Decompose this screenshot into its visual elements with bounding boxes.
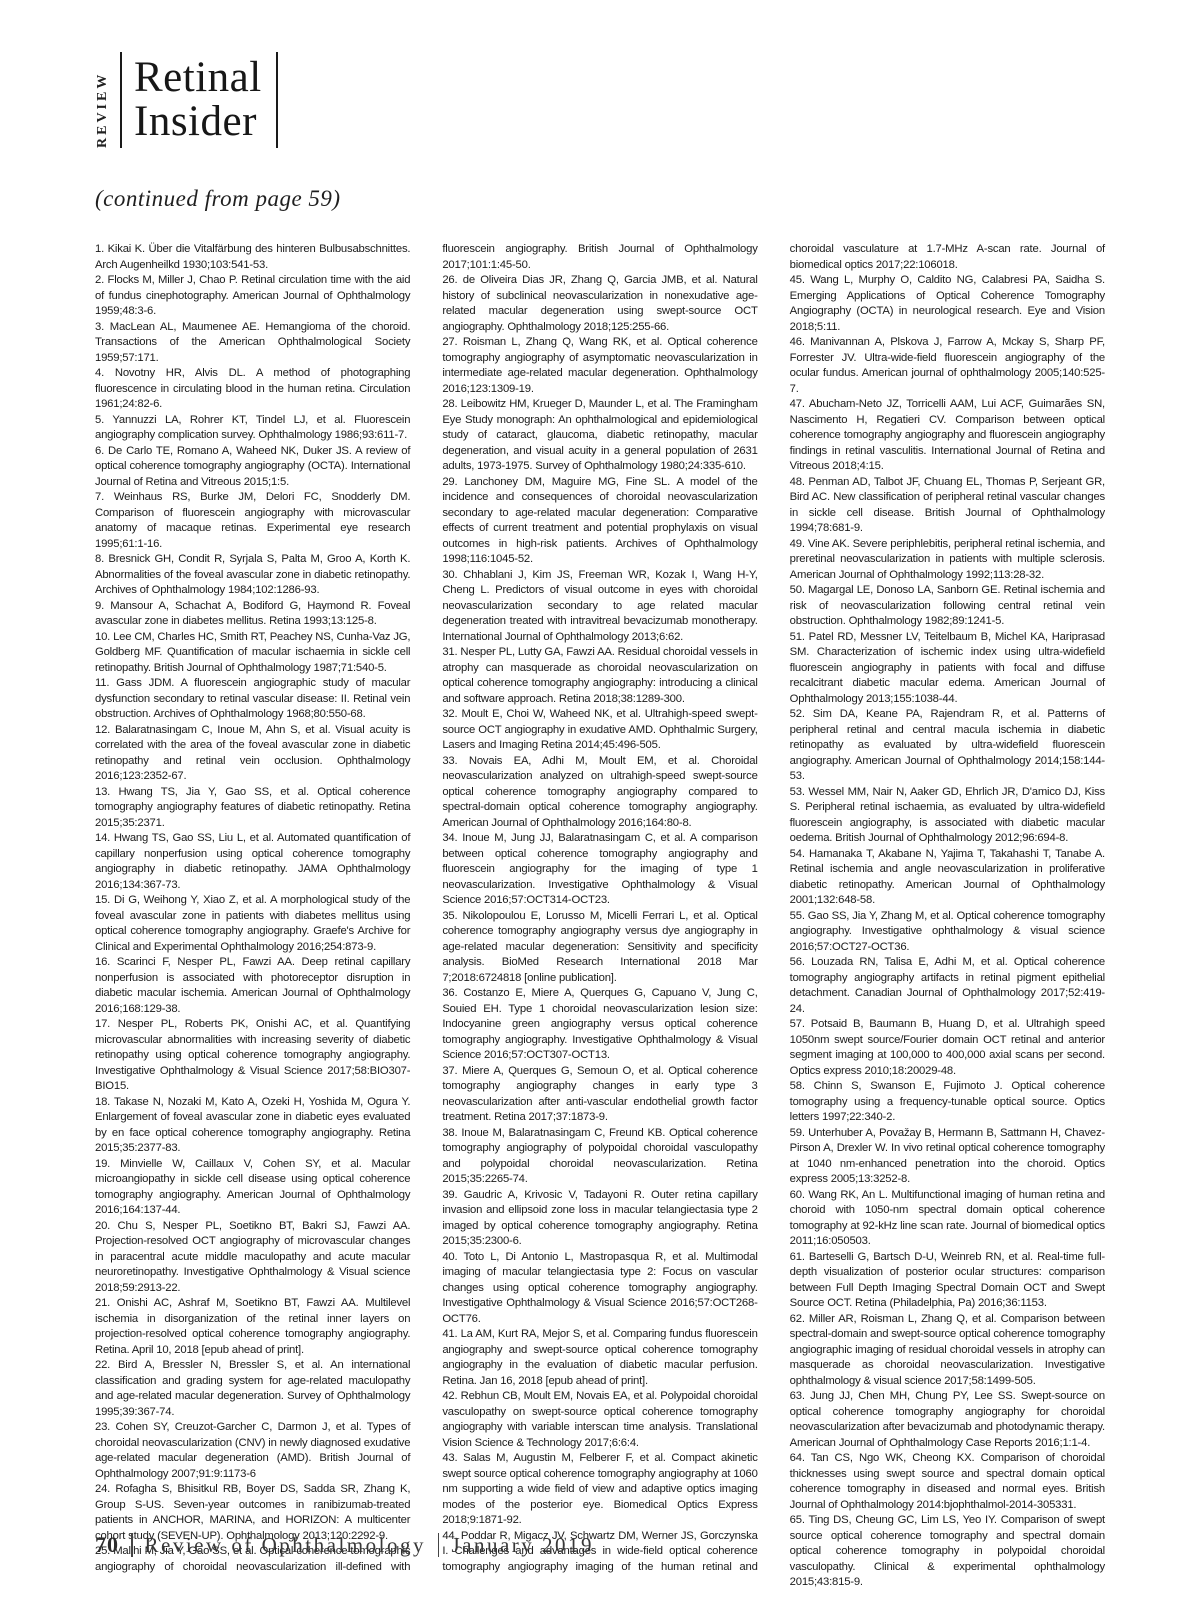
reference-item: 50. Magargal LE, Donoso LA, Sanborn GE. … — [790, 583, 1105, 630]
reference-item: 55. Gao SS, Jia Y, Zhang M, et al. Optic… — [790, 909, 1105, 956]
reference-item: 46. Manivannan A, Plskova J, Farrow A, M… — [790, 335, 1105, 397]
reference-item: 36. Costanzo E, Miere A, Querques G, Cap… — [442, 986, 757, 1064]
reference-item: 2. Flocks M, Miller J, Chao P. Retinal c… — [95, 273, 410, 320]
masthead-right-rule — [276, 52, 278, 148]
reference-item: 43. Salas M, Augustin M, Felberer F, et … — [442, 1451, 757, 1529]
reference-item: 18. Takase N, Nozaki M, Kato A, Ozeki H,… — [95, 1095, 410, 1157]
reference-item: 38. Inoue M, Balaratnasingam C, Freund K… — [442, 1126, 757, 1188]
reference-item: 31. Nesper PL, Lutty GA, Fawzi AA. Resid… — [442, 645, 757, 707]
references-list: 1. Kikai K. Über die Vitalfärbung des hi… — [95, 242, 1105, 1591]
reference-item: 60. Wang RK, An L. Multifunctional imagi… — [790, 1188, 1105, 1250]
reference-item: 21. Onishi AC, Ashraf M, Soetikno BT, Fa… — [95, 1296, 410, 1358]
masthead-title-line2: Insider — [134, 100, 262, 144]
reference-item: 35. Nikolopoulou E, Lorusso M, Micelli F… — [442, 909, 757, 987]
reference-item: 4. Novotny HR, Alvis DL. A method of pho… — [95, 366, 410, 413]
reference-item: 10. Lee CM, Charles HC, Smith RT, Peache… — [95, 630, 410, 677]
reference-item: 7. Weinhaus RS, Burke JM, Delori FC, Sno… — [95, 490, 410, 552]
reference-item: 49. Vine AK. Severe periphlebitis, perip… — [790, 537, 1105, 584]
masthead-title: Retinal Insider — [122, 52, 276, 148]
reference-item: 40. Toto L, Di Antonio L, Mastropasqua R… — [442, 1250, 757, 1328]
footer-divider — [438, 1533, 440, 1557]
reference-item: 32. Moult E, Choi W, Waheed NK, et al. U… — [442, 707, 757, 754]
reference-item: 29. Lanchoney DM, Maguire MG, Fine SL. A… — [442, 475, 757, 568]
reference-item: 51. Patel RD, Messner LV, Teitelbaum B, … — [790, 630, 1105, 708]
reference-item: 56. Louzada RN, Talisa E, Adhi M, et al.… — [790, 955, 1105, 1017]
reference-item: 14. Hwang TS, Gao SS, Liu L, et al. Auto… — [95, 831, 410, 893]
reference-item: 15. Di G, Weihong Y, Xiao Z, et al. A mo… — [95, 893, 410, 955]
reference-item: 54. Hamanaka T, Akabane N, Yajima T, Tak… — [790, 847, 1105, 909]
reference-item: 3. MacLean AL, Maumenee AE. Hemangioma o… — [95, 320, 410, 367]
reference-item: 9. Mansour A, Schachat A, Bodiford G, Ha… — [95, 599, 410, 630]
masthead-kicker: REVIEW — [95, 52, 113, 148]
reference-item: 28. Leibowitz HM, Krueger D, Maunder L, … — [442, 397, 757, 475]
reference-item: 26. de Oliveira Dias JR, Zhang Q, Garcia… — [442, 273, 757, 335]
reference-item: 53. Wessel MM, Nair N, Aaker GD, Ehrlich… — [790, 785, 1105, 847]
reference-item: 63. Jung JJ, Chen MH, Chung PY, Lee SS. … — [790, 1389, 1105, 1451]
reference-item: 11. Gass JDM. A fluorescein angiographic… — [95, 676, 410, 723]
reference-item: 19. Minvielle W, Caillaux V, Cohen SY, e… — [95, 1157, 410, 1219]
reference-item: 57. Potsaid B, Baumann B, Huang D, et al… — [790, 1017, 1105, 1079]
reference-item: 5. Yannuzzi LA, Rohrer KT, Tindel LJ, et… — [95, 413, 410, 444]
reference-item: 42. Rebhun CB, Moult EM, Novais EA, et a… — [442, 1389, 757, 1451]
page-number: 70 — [95, 1532, 119, 1558]
reference-item: 16. Scarinci F, Nesper PL, Fawzi AA. Dee… — [95, 955, 410, 1017]
masthead: REVIEW Retinal Insider — [95, 52, 278, 148]
reference-item: 30. Chhablani J, Kim JS, Freeman WR, Koz… — [442, 568, 757, 646]
reference-item: 37. Miere A, Querques G, Semoun O, et al… — [442, 1064, 757, 1126]
reference-item: 34. Inoue M, Jung JJ, Balaratnasingam C,… — [442, 831, 757, 909]
reference-item: 47. Abucham-Neto JZ, Torricelli AAM, Lui… — [790, 397, 1105, 475]
publication-name: Review of Ophthalmology — [145, 1533, 426, 1558]
reference-item: 8. Bresnick GH, Condit R, Syrjala S, Pal… — [95, 552, 410, 599]
reference-item: 62. Miller AR, Roisman L, Zhang Q, et al… — [790, 1312, 1105, 1390]
reference-item: 39. Gaudric A, Krivosic V, Tadayoni R. O… — [442, 1188, 757, 1250]
reference-item: 1. Kikai K. Über die Vitalfärbung des hi… — [95, 242, 410, 273]
reference-item: 48. Penman AD, Talbot JF, Chuang EL, Tho… — [790, 475, 1105, 537]
reference-item: 23. Cohen SY, Creuzot-Garcher C, Darmon … — [95, 1420, 410, 1482]
reference-item: 52. Sim DA, Keane PA, Rajendram R, et al… — [790, 707, 1105, 785]
reference-item: 45. Wang L, Murphy O, Caldito NG, Calabr… — [790, 273, 1105, 335]
masthead-title-line1: Retinal — [134, 56, 262, 100]
continued-note: (continued from page 59) — [95, 186, 341, 212]
reference-item: 41. La AM, Kurt RA, Mejor S, et al. Comp… — [442, 1327, 757, 1389]
reference-item: 27. Roisman L, Zhang Q, Wang RK, et al. … — [442, 335, 757, 397]
reference-item: 22. Bird A, Bressler N, Bressler S, et a… — [95, 1358, 410, 1420]
reference-item: 58. Chinn S, Swanson E, Fujimoto J. Opti… — [790, 1079, 1105, 1126]
reference-item: 33. Novais EA, Adhi M, Moult EM, et al. … — [442, 754, 757, 832]
reference-item: 12. Balaratnasingam C, Inoue M, Ahn S, e… — [95, 723, 410, 785]
reference-item: 17. Nesper PL, Roberts PK, Onishi AC, et… — [95, 1017, 410, 1095]
reference-item: 6. De Carlo TE, Romano A, Waheed NK, Duk… — [95, 444, 410, 491]
footer-divider — [131, 1533, 133, 1557]
reference-item: 20. Chu S, Nesper PL, Soetikno BT, Bakri… — [95, 1219, 410, 1297]
reference-item: 61. Barteselli G, Bartsch D-U, Weinreb R… — [790, 1250, 1105, 1312]
reference-item: 64. Tan CS, Ngo WK, Cheong KX. Compariso… — [790, 1451, 1105, 1513]
reference-item: 65. Ting DS, Cheung GC, Lim LS, Yeo IY. … — [790, 1513, 1105, 1591]
reference-item: 13. Hwang TS, Jia Y, Gao SS, et al. Opti… — [95, 785, 410, 832]
issue-date: January 2019 — [451, 1533, 594, 1558]
reference-item: 59. Unterhuber A, Považay B, Hermann B, … — [790, 1126, 1105, 1188]
page-footer: 70 Review of Ophthalmology January 2019 — [95, 1532, 594, 1558]
